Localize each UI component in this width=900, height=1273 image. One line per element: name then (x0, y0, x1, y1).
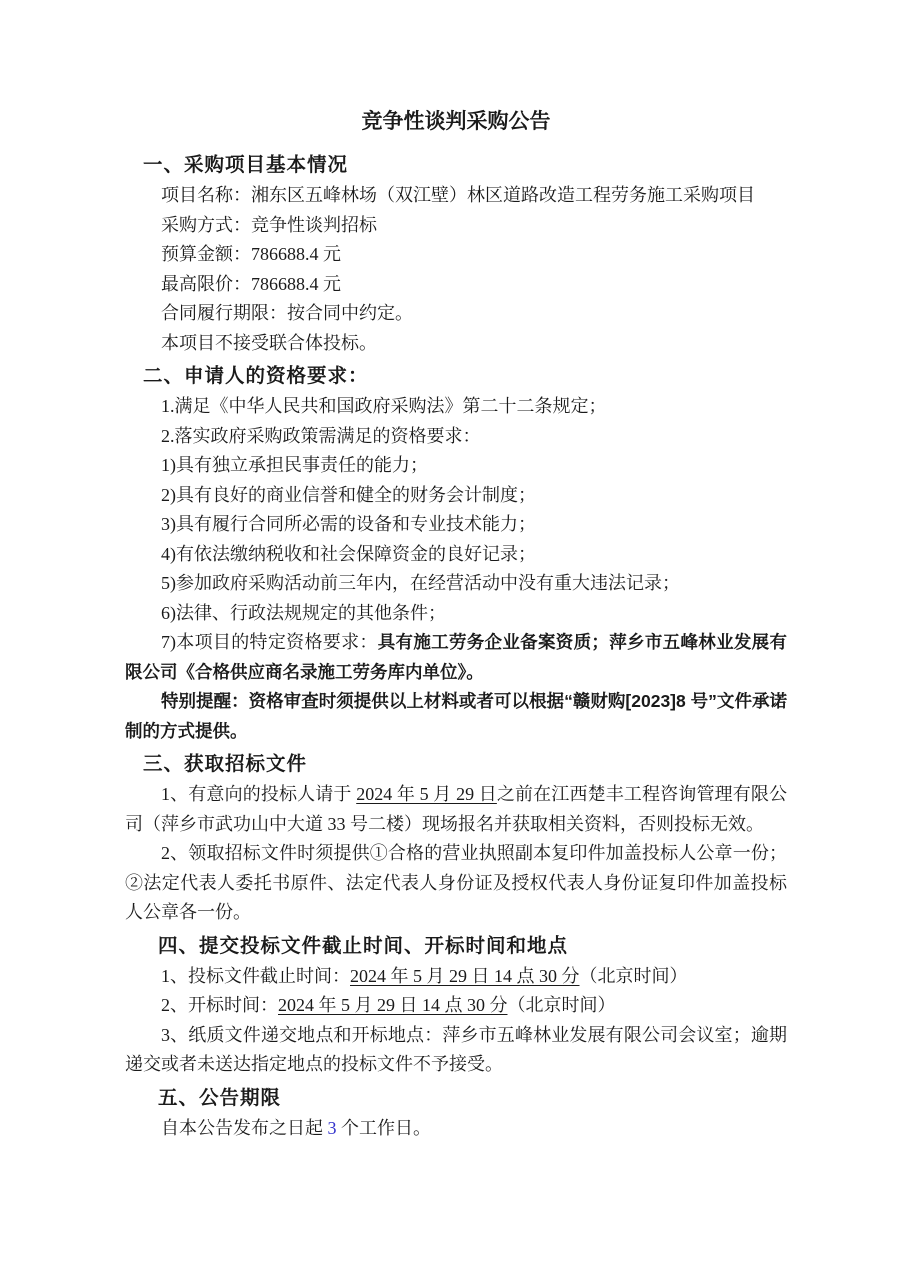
document-title: 竞争性谈判采购公告 (125, 104, 787, 140)
text-run: 2.落实政府采购政策需满足的资格要求： (161, 426, 481, 446)
text-run: 4)有依法缴纳税收和社会保障资金的良好记录； (161, 544, 536, 564)
paragraph: 6)法律、行政法规规定的其他条件； (125, 599, 787, 629)
paragraph: 预算金额：786688.4 元 (125, 240, 787, 270)
text-run: 个工作日。 (337, 1118, 432, 1138)
section: 三、获取招标文件1、有意向的投标人请于 2024 年 5 月 29 日之前在江西… (125, 749, 787, 928)
text-run: 2、开标时间： (161, 995, 278, 1015)
text-run: 项目名称：湘东区五峰林场（双江壁）林区道路改造工程劳务施工采购项目 (161, 185, 755, 205)
text-run: 特别提醒：资格审查时须提供以上材料或者可以根据“赣财购[2023]8 号”文件承… (125, 691, 787, 741)
section: 四、提交投标文件截止时间、开标时间和地点1、投标文件截止时间：2024 年 5 … (125, 931, 787, 1080)
paragraph: 1、投标文件截止时间：2024 年 5 月 29 日 14 点 30 分（北京时… (125, 962, 787, 992)
text-run: 本项目不接受联合体投标。 (161, 333, 377, 353)
text-run: 最高限价：786688.4 元 (161, 274, 341, 294)
paragraph: 本项目不接受联合体投标。 (125, 329, 787, 359)
text-run: （北京时间） (580, 966, 688, 986)
paragraph: 最高限价：786688.4 元 (125, 270, 787, 300)
document-page: 竞争性谈判采购公告 一、采购项目基本情况项目名称：湘东区五峰林场（双江壁）林区道… (0, 0, 900, 1273)
document-sections: 一、采购项目基本情况项目名称：湘东区五峰林场（双江壁）林区道路改造工程劳务施工采… (125, 150, 787, 1143)
section-heading: 二、申请人的资格要求： (143, 361, 787, 392)
text-run: 自本公告发布之日起 (161, 1118, 328, 1138)
paragraph: 4)有依法缴纳税收和社会保障资金的良好记录； (125, 540, 787, 570)
text-run: 3、纸质文件递交地点和开标地点：萍乡市五峰林业发展有限公司会议室；逾期递交或者未… (125, 1025, 787, 1075)
text-run: 采购方式：竞争性谈判招标 (161, 215, 377, 235)
text-run: 1、有意向的投标人请于 (161, 784, 356, 804)
paragraph: 5)参加政府采购活动前三年内，在经营活动中没有重大违法记录； (125, 569, 787, 599)
paragraph: 2、领取招标文件时须提供①合格的营业执照副本复印件加盖投标人公章一份；②法定代表… (125, 839, 787, 928)
text-run: 3)具有履行合同所必需的设备和专业技术能力； (161, 514, 536, 534)
underlined-date: 2024 年 5 月 29 日 14 点 30 分 (278, 995, 508, 1015)
paragraph: 3、纸质文件递交地点和开标地点：萍乡市五峰林业发展有限公司会议室；逾期递交或者未… (125, 1021, 787, 1080)
paragraph: 自本公告发布之日起 3 个工作日。 (125, 1114, 787, 1144)
section: 二、申请人的资格要求：1.满足《中华人民共和国政府采购法》第二十二条规定；2.落… (125, 361, 787, 746)
text-run: 1.满足《中华人民共和国政府采购法》第二十二条规定； (161, 396, 607, 416)
paragraph: 1、有意向的投标人请于 2024 年 5 月 29 日之前在江西楚丰工程咨询管理… (125, 780, 787, 839)
text-run: 1)具有独立承担民事责任的能力； (161, 455, 428, 475)
paragraph: 特别提醒：资格审查时须提供以上材料或者可以根据“赣财购[2023]8 号”文件承… (125, 687, 787, 746)
paragraph: 1)具有独立承担民事责任的能力； (125, 451, 787, 481)
accent-number: 3 (328, 1118, 337, 1138)
text-run: 6)法律、行政法规规定的其他条件； (161, 603, 446, 623)
paragraph: 3)具有履行合同所必需的设备和专业技术能力； (125, 510, 787, 540)
text-run: 2、领取招标文件时须提供①合格的营业执照副本复印件加盖投标人公章一份；②法定代表… (125, 843, 787, 922)
text-run: 合同履行期限：按合同中约定。 (161, 303, 413, 323)
section-heading: 一、采购项目基本情况 (143, 150, 787, 181)
paragraph: 合同履行期限：按合同中约定。 (125, 299, 787, 329)
text-run: 1、投标文件截止时间： (161, 966, 350, 986)
text-run: 5)参加政府采购活动前三年内，在经营活动中没有重大违法记录； (161, 573, 680, 593)
section: 一、采购项目基本情况项目名称：湘东区五峰林场（双江壁）林区道路改造工程劳务施工采… (125, 150, 787, 358)
text-run: 预算金额：786688.4 元 (161, 244, 341, 264)
section-heading: 四、提交投标文件截止时间、开标时间和地点 (158, 931, 787, 962)
paragraph: 1.满足《中华人民共和国政府采购法》第二十二条规定； (125, 392, 787, 422)
paragraph: 2.落实政府采购政策需满足的资格要求： (125, 422, 787, 452)
underlined-date: 2024 年 5 月 29 日 (356, 784, 497, 804)
paragraph: 项目名称：湘东区五峰林场（双江壁）林区道路改造工程劳务施工采购项目 (125, 181, 787, 211)
underlined-date: 2024 年 5 月 29 日 14 点 30 分 (350, 966, 580, 986)
section-heading: 三、获取招标文件 (143, 749, 787, 780)
text-run: 7)本项目的特定资格要求： (161, 632, 378, 652)
text-run: （北京时间） (508, 995, 616, 1015)
paragraph: 2)具有良好的商业信誉和健全的财务会计制度； (125, 481, 787, 511)
paragraph: 采购方式：竞争性谈判招标 (125, 211, 787, 241)
paragraph: 2、开标时间：2024 年 5 月 29 日 14 点 30 分（北京时间） (125, 991, 787, 1021)
paragraph: 7)本项目的特定资格要求：具有施工劳务企业备案资质；萍乡市五峰林业发展有限公司《… (125, 628, 787, 687)
text-run: 2)具有良好的商业信誉和健全的财务会计制度； (161, 485, 536, 505)
section-heading: 五、公告期限 (158, 1083, 787, 1114)
section: 五、公告期限自本公告发布之日起 3 个工作日。 (125, 1083, 787, 1144)
